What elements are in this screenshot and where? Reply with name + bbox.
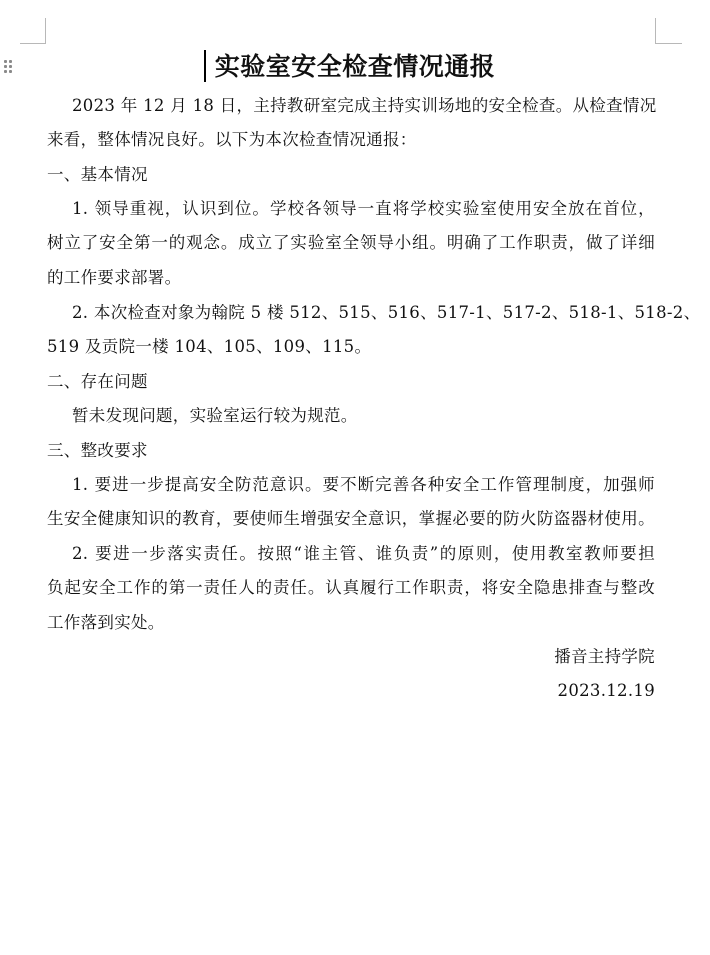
section-heading-rectification[interactable]: 三、整改要求 <box>47 440 657 462</box>
paragraph-line[interactable]: 2. 本次检查对象为翰院 5 楼 512、515、516、517-1、517-2… <box>72 302 655 324</box>
paragraph-line[interactable]: 1. 领导重视，认识到位。学校各领导一直将学校实验室使用安全放在首位， <box>72 198 655 220</box>
paragraph-line[interactable]: 工作落到实处。 <box>47 612 657 634</box>
section-heading-issues[interactable]: 二、存在问题 <box>47 371 657 393</box>
paragraph-line[interactable]: 负起安全工作的第一责任人的责任。认真履行工作职责，将安全隐患排查与整改 <box>47 577 655 599</box>
document-title[interactable]: 实验室安全检查情况通报 <box>0 49 710 85</box>
paragraph-line[interactable]: 暂未发现问题，实验室运行较为规范。 <box>72 405 682 427</box>
text-cursor <box>204 50 206 82</box>
paragraph-line[interactable]: 生安全健康知识的教育，要使师生增强安全意识，掌握必要的防火防盗器材使用。 <box>47 508 655 530</box>
signature-date[interactable]: 2023.12.19 <box>558 680 655 702</box>
top-left-margin-mark <box>20 18 46 44</box>
paragraph-line[interactable]: 2. 要进一步落实责任。按照“谁主管、谁负责”的原则，使用教室教师要担 <box>72 543 655 565</box>
intro-line-1[interactable]: 2023 年 12 月 18 日，主持教研室完成主持实训场地的安全检查。从检查情… <box>72 95 655 117</box>
intro-line-2[interactable]: 来看，整体情况良好。以下为本次检查情况通报： <box>47 129 657 151</box>
section-heading-basic[interactable]: 一、基本情况 <box>47 164 657 186</box>
paragraph-line[interactable]: 1. 要进一步提高安全防范意识。要不断完善各种安全工作管理制度，加强师 <box>72 474 655 496</box>
paragraph-line[interactable]: 519 及贡院一楼 104、105、109、115。 <box>47 336 657 358</box>
paragraph-line[interactable]: 树立了安全第一的观念。成立了实验室全领导小组。明确了工作职责，做了详细 <box>47 232 655 254</box>
document-page[interactable]: 实验室安全检查情况通报 2023 年 12 月 18 日，主持教研室完成主持实训… <box>0 0 710 955</box>
signature-organization[interactable]: 播音主持学院 <box>554 646 655 668</box>
top-right-margin-mark <box>655 18 682 44</box>
paragraph-line[interactable]: 的工作要求部署。 <box>47 267 657 289</box>
